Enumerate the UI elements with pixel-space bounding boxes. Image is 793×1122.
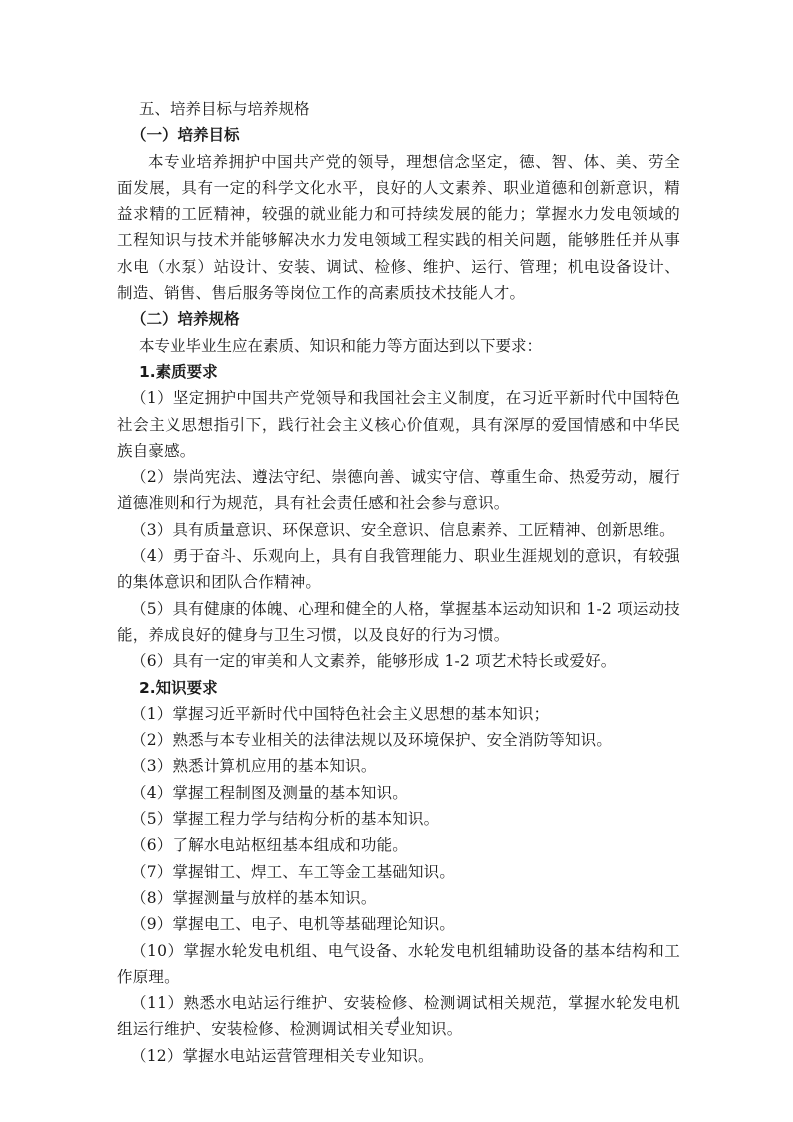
list-item: （3）具有质量意识、环保意识、安全意识、信息素养、工匠精神、创新思维。 — [117, 517, 680, 543]
list-item: （4）掌握工程制图及测量的基本知识。 — [117, 780, 680, 806]
section-title: 五、培养目标与培养规格 — [117, 96, 680, 122]
knowledge-requirements-heading: 2.知识要求 — [117, 675, 680, 701]
list-item: （2）熟悉与本专业相关的法律法规以及环境保护、安全消防等知识。 — [117, 727, 680, 753]
list-item: （9）掌握电工、电子、电机等基础理论知识。 — [117, 911, 680, 937]
list-item: （3）熟悉计算机应用的基本知识。 — [117, 753, 680, 779]
page-number: 4 — [0, 1013, 793, 1028]
list-item: （8）掌握测量与放样的基本知识。 — [117, 885, 680, 911]
list-item: （4）勇于奋斗、乐观向上，具有自我管理能力、职业生涯规划的意识，有较强的集体意识… — [117, 543, 680, 596]
list-item: （1）掌握习近平新时代中国特色社会主义思想的基本知识； — [117, 701, 680, 727]
objectives-paragraph: 本专业培养拥护中国共产党的领导，理想信念坚定，德、智、体、美、劳全面发展，具有一… — [117, 149, 680, 307]
document-page: 五、培养目标与培养规格 （一）培养目标 本专业培养拥护中国共产党的领导，理想信念… — [117, 96, 680, 1069]
list-item: （6）具有一定的审美和人文素养，能够形成 1-2 项艺术特长或爱好。 — [117, 648, 680, 674]
list-item: （10）掌握水轮发电机组、电气设备、水轮发电机组辅助设备的基本结构和工作原理。 — [117, 938, 680, 991]
list-item: （6）了解水电站枢纽基本组成和功能。 — [117, 832, 680, 858]
objectives-heading: （一）培养目标 — [117, 122, 680, 148]
list-item: （2）崇尚宪法、遵法守纪、崇德向善、诚实守信、尊重生命、热爱劳动，履行道德准则和… — [117, 464, 680, 517]
quality-requirements-list: （1）坚定拥护中国共产党领导和我国社会主义制度，在习近平新时代中国特色社会主义思… — [117, 385, 680, 674]
quality-requirements-heading: 1.素质要求 — [117, 359, 680, 385]
list-item: （1）坚定拥护中国共产党领导和我国社会主义制度，在习近平新时代中国特色社会主义思… — [117, 385, 680, 464]
list-item: （7）掌握钳工、焊工、车工等金工基础知识。 — [117, 859, 680, 885]
list-item: （5）掌握工程力学与结构分析的基本知识。 — [117, 806, 680, 832]
specifications-heading: （二）培养规格 — [117, 306, 680, 332]
list-item: （5）具有健康的体魄、心理和健全的人格，掌握基本运动知识和 1-2 项运动技能，… — [117, 596, 680, 649]
specifications-intro: 本专业毕业生应在素质、知识和能力等方面达到以下要求： — [117, 333, 680, 359]
list-item: （12）掌握水电站运营管理相关专业知识。 — [117, 1043, 680, 1069]
